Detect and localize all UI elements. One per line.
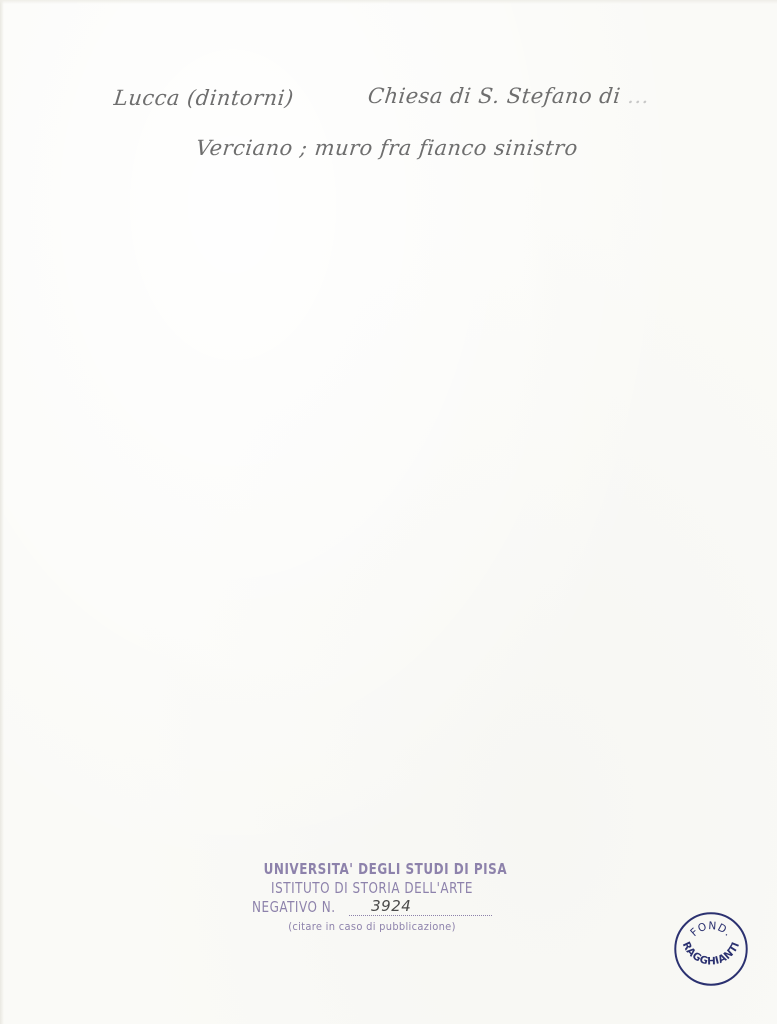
fondazione-ragghianti-stamp: FOND. RAGGHIANTI (673, 911, 749, 987)
svg-text:RAGGHIANTI: RAGGHIANTI (680, 940, 742, 968)
stamp-university: UNIVERSITA' DEGLI STUDI DI PISA (264, 860, 481, 879)
round-stamp-top-text: FOND. (688, 919, 735, 939)
stamp-institute: ISTITUTO DI STORIA DELL'ARTE (264, 879, 481, 898)
handwritten-subject: Verciano ; muro fra fianco sinistro (195, 136, 579, 160)
institute-stamp: UNIVERSITA' DEGLI STUDI DI PISA ISTITUTO… (246, 860, 498, 935)
round-stamp-bottom-text: RAGGHIANTI (680, 940, 742, 968)
paper-edge-left (0, 0, 4, 1024)
stamp-negative-label: NEGATIVO N. (252, 898, 336, 916)
round-stamp-graphic: FOND. RAGGHIANTI (673, 911, 749, 987)
handwritten-title: Chiesa di S. Stefano di ... (367, 84, 651, 108)
paper-edge-top (0, 0, 777, 4)
handwritten-place: Lucca (dintorni) (113, 86, 295, 110)
handwritten-title-text: Chiesa di S. Stefano di (367, 84, 622, 108)
negative-number: 3924 (371, 897, 411, 915)
stamp-negative-row: NEGATIVO N. 3924 (246, 898, 498, 916)
svg-text:FOND.: FOND. (688, 919, 735, 939)
stamp-citation-note: (citare in caso di pubblicazione) (246, 919, 498, 935)
stamp-negative-field: 3924 (349, 898, 492, 916)
handwritten-title-faint: ... (627, 84, 651, 108)
